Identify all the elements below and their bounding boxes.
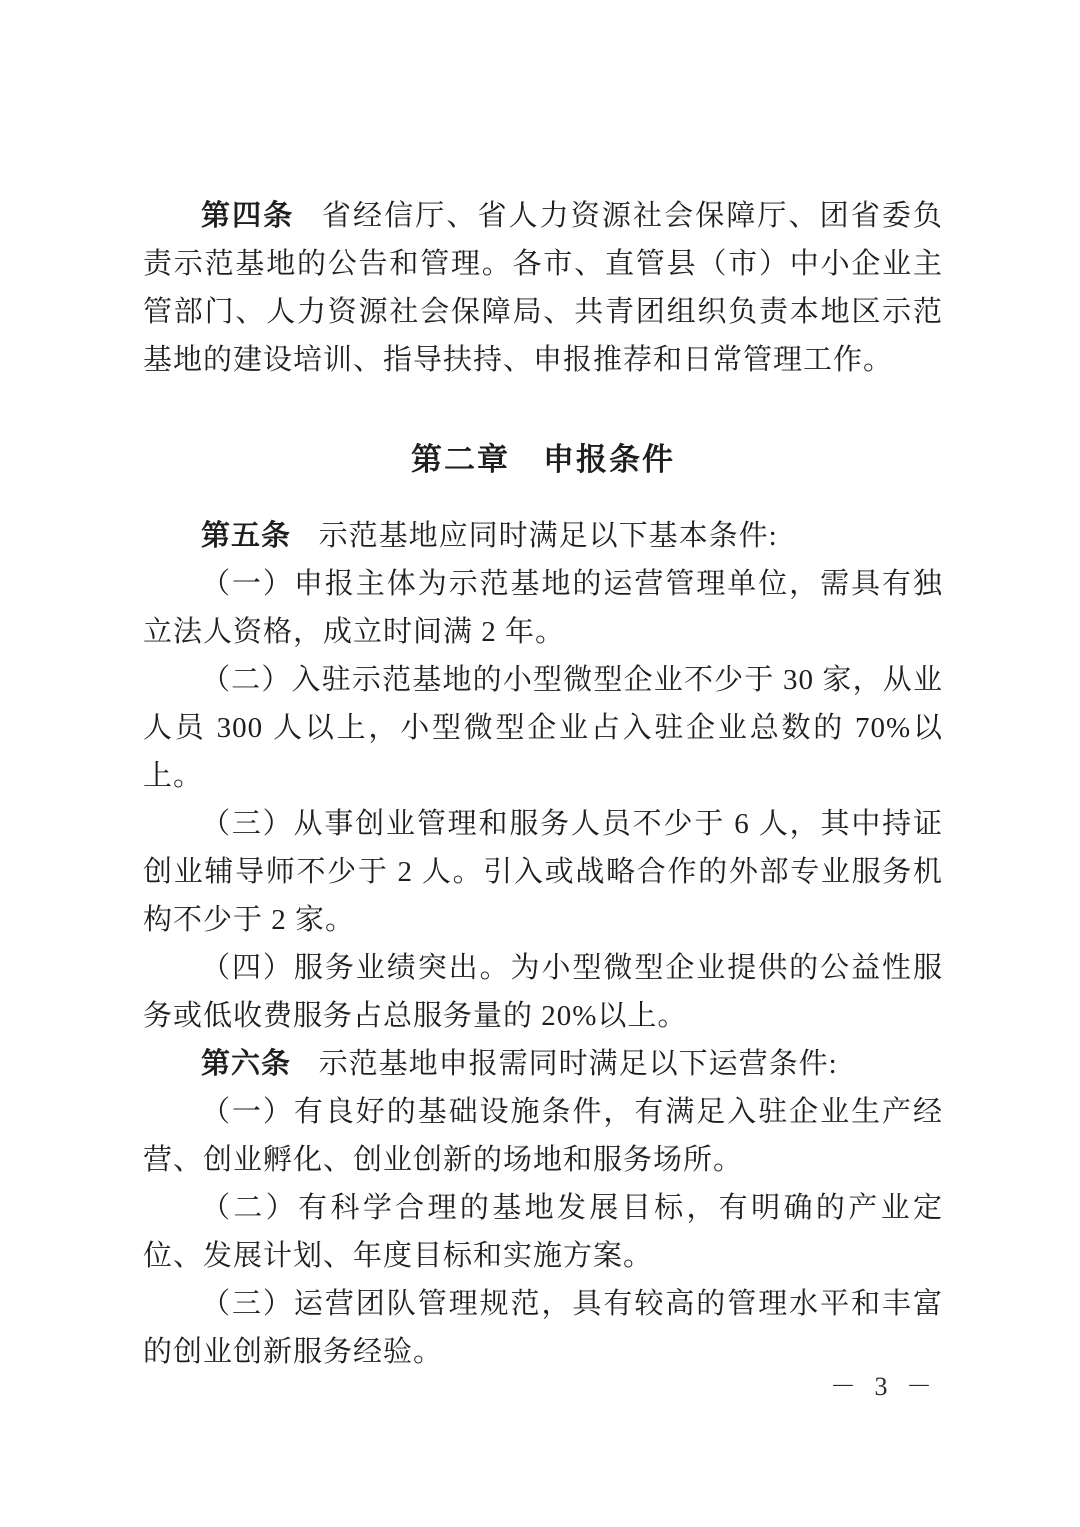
article-5-number: 第五条 — [201, 520, 291, 552]
document-body: 第四条省经信厅、省人力资源社会保障厅、团省委负责示范基地的公告和管理。各市、直管… — [143, 192, 943, 1376]
article-6-item-2: （二）有科学合理的基地发展目标，有明确的产业定位、发展计划、年度目标和实施方案。 — [143, 1184, 943, 1280]
article-5-item-1: （一）申报主体为示范基地的运营管理单位，需具有独立法人资格，成立时间满 2 年。 — [143, 560, 943, 656]
article-6-item-1: （一）有良好的基础设施条件，有满足入驻企业生产经营、创业孵化、创业创新的场地和服… — [143, 1088, 943, 1184]
article-5-item-3: （三）从事创业管理和服务人员不少于 6 人，其中持证创业辅导师不少于 2 人。引… — [143, 800, 943, 944]
article-4-number: 第四条 — [201, 200, 294, 232]
article-6-item-3: （三）运营团队管理规范，具有较高的管理水平和丰富的创业创新服务经验。 — [143, 1280, 943, 1376]
document-page: 第四条省经信厅、省人力资源社会保障厅、团省委负责示范基地的公告和管理。各市、直管… — [0, 0, 1080, 1527]
article-5-item-4: （四）服务业绩突出。为小型微型企业提供的公益性服务或低收费服务占总服务量的 20… — [143, 944, 943, 1040]
article-5-paragraph: 第五条示范基地应同时满足以下基本条件: — [143, 512, 943, 560]
article-5-text: 示范基地应同时满足以下基本条件: — [319, 520, 778, 552]
article-6-number: 第六条 — [201, 1048, 291, 1080]
page-number: － 3 － — [830, 1372, 938, 1402]
article-6-text: 示范基地申报需同时满足以下运营条件: — [319, 1048, 838, 1080]
article-4-paragraph: 第四条省经信厅、省人力资源社会保障厅、团省委负责示范基地的公告和管理。各市、直管… — [143, 192, 943, 384]
chapter-2-heading: 第二章 申报条件 — [143, 436, 943, 484]
article-6-paragraph: 第六条示范基地申报需同时满足以下运营条件: — [143, 1040, 943, 1088]
article-5-item-2: （二）入驻示范基地的小型微型企业不少于 30 家，从业人员 300 人以上，小型… — [143, 656, 943, 800]
